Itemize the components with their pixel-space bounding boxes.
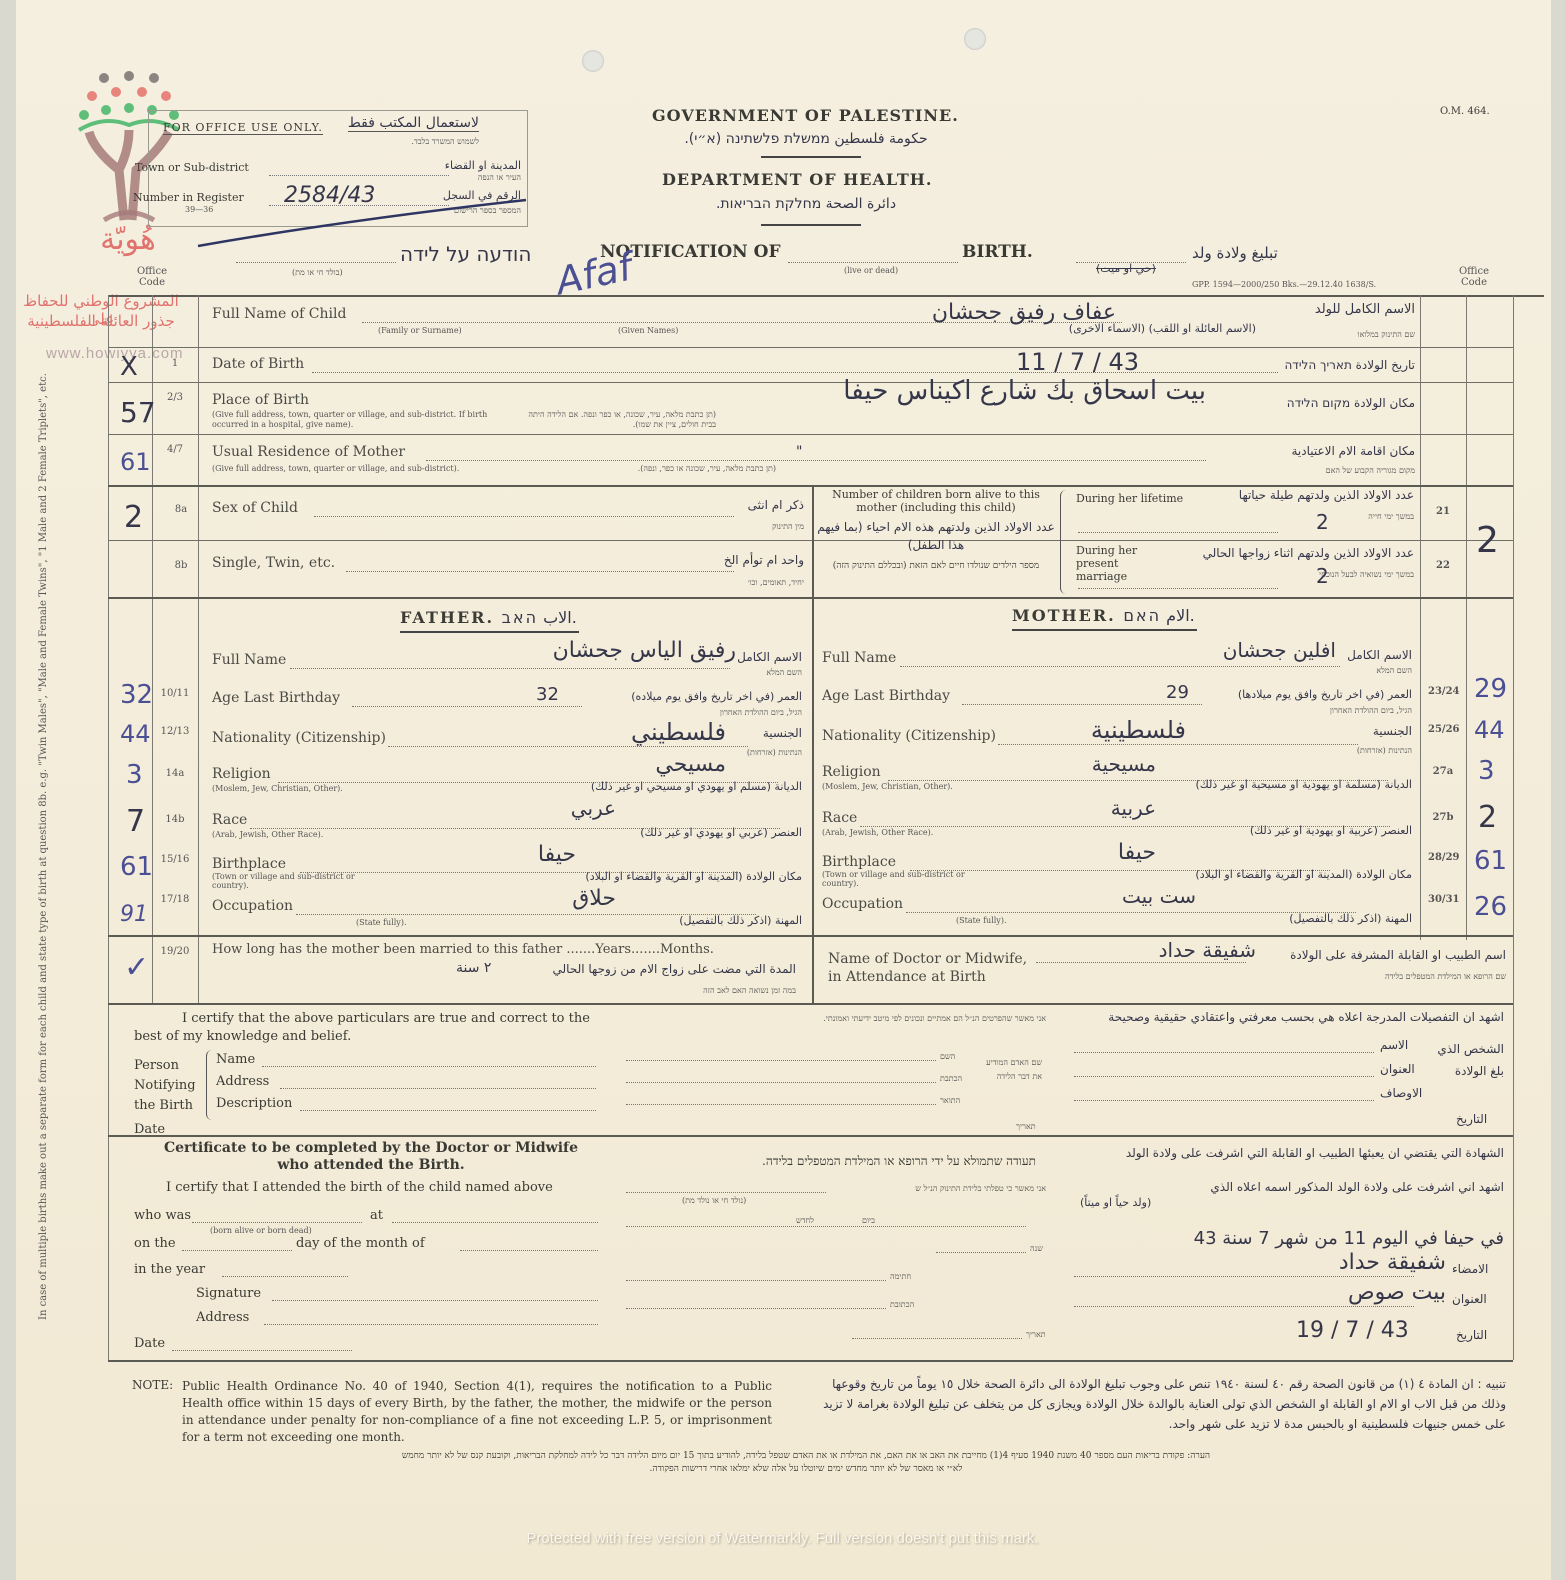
question-number: 8b xyxy=(166,560,196,571)
doctor-name-he: שם הרופא או המילדת המטפלים בלידה xyxy=(1296,972,1506,981)
residence-ar-label: مكان اقامة الام الاعتيادية xyxy=(1291,444,1415,458)
certificate-signature-value[interactable]: شفيقة حداد xyxy=(1196,1250,1446,1275)
mother-religion-help: (Moslem, Jew, Christian, Other). xyxy=(822,782,953,791)
born-status-hint-he: (נולד חי או נולד מת) xyxy=(682,1196,746,1205)
code-value: ✓ xyxy=(124,950,149,985)
notifier-name-he: השם xyxy=(940,1052,955,1061)
notifier-certification-he: אני מאשר שהפרטים הנ״ל הם אמתיים ונכונים … xyxy=(656,1014,1046,1023)
residence-label: Usual Residence of Mother xyxy=(212,444,405,460)
father-occupation-value[interactable]: حلاق xyxy=(476,886,616,911)
date-ar-label: التاريخ xyxy=(1456,1328,1487,1342)
place-of-birth-ar-label: مكان الولادة מקום הלידה xyxy=(1287,396,1415,410)
mother-name-ar: الاسم الكامل xyxy=(1336,648,1412,662)
code-value: 7 xyxy=(126,804,145,839)
cert-address-label: Address xyxy=(196,1310,249,1325)
code-value: 29 xyxy=(1474,674,1507,704)
punch-hole xyxy=(582,50,604,72)
office-code-left: Office Code xyxy=(132,266,172,288)
date-of-birth-ar-label: تاريخ الولادة תאריך הלידה xyxy=(1284,358,1415,372)
marriage-children-he: במשך ימי נשואיה לבעל הנוכחי xyxy=(1266,570,1414,579)
notifier-description-field[interactable] xyxy=(300,1110,596,1111)
cert-address-field[interactable] xyxy=(264,1324,598,1325)
date-of-birth-label: Date of Birth xyxy=(212,356,304,372)
residence-value[interactable]: " xyxy=(796,444,802,460)
mother-birthplace-label: Birthplace xyxy=(822,854,896,870)
children-count-label-ar: عدد الاولاد الذين ولدتهم هذه الام احياء … xyxy=(816,518,1056,554)
lifetime-label: During her lifetime xyxy=(1076,492,1183,505)
day-field[interactable] xyxy=(182,1250,292,1251)
title-hebrew: הודעה על לידה xyxy=(400,242,531,266)
mother-nationality-he: הנתינות (אזרחות) xyxy=(1316,746,1412,755)
lifetime-he: במשך ימי חייה xyxy=(1266,512,1414,521)
notifier-address-field[interactable] xyxy=(280,1088,596,1089)
cert-date-label: Date xyxy=(134,1336,165,1351)
address-ar-label: العنوان xyxy=(1452,1292,1487,1306)
government-title-ar-he: حكومة فلسطين ממשלת פלשתינה (א״י). xyxy=(656,131,956,147)
code-value: X xyxy=(120,352,138,382)
father-title-ar-he: الاب האב. xyxy=(502,608,579,627)
punch-hole xyxy=(964,28,986,50)
family-name-label: (Family or Surname) xyxy=(378,326,462,335)
certificate-place-date-value[interactable]: في حيفا في اليوم 11 من شهر 7 سنة 43 xyxy=(1076,1228,1504,1249)
divider xyxy=(761,156,861,158)
father-occupation-help: (State fully). xyxy=(356,918,407,927)
signature-field[interactable] xyxy=(272,1300,598,1301)
father-religion-ar: الديانة (مسلم او يهودي او مسيحي او غير ذ… xyxy=(496,780,802,793)
father-name-ar: الاسم الكامل xyxy=(736,650,802,664)
who-was-label: who was xyxy=(134,1208,191,1223)
divider xyxy=(761,224,861,226)
mother-name-label: Full Name xyxy=(822,650,896,666)
date-of-birth-value[interactable]: 11 / 7 / 43 xyxy=(1016,348,1139,376)
office-use-title: FOR OFFICE USE ONLY. xyxy=(163,121,323,135)
doctor-name-label: Name of Doctor or Midwife, in Attendance… xyxy=(828,950,1038,986)
father-age-ar: العمر (في اخر تاريخ وافق يوم ميلاده) xyxy=(576,690,802,703)
marriage-children-label: During her present marriage xyxy=(1076,544,1156,583)
sex-of-child-label: Sex of Child xyxy=(212,500,298,516)
marriage-children-ar: عدد الاولاد الذين ولدتهم اثناء زواجها ال… xyxy=(1166,546,1414,560)
mother-race-ar: العنصر (عربية او يهودية او غير ذلك) xyxy=(1096,824,1412,837)
note-hebrew: הערה: פקודת בריאות העם מספר 40 משנת 1940… xyxy=(396,1450,1216,1476)
code-value: 44 xyxy=(1474,716,1505,744)
notifier-description-he: התואר xyxy=(940,1096,960,1105)
office-use-title-ar: لاستعمال المكتب فقط xyxy=(348,115,479,132)
notifier-address-label: Address xyxy=(216,1074,269,1089)
certificate-title-he: תעודה שתמולא על ידי הרופא או המילדת המטפ… xyxy=(636,1154,1036,1169)
father-name-value[interactable]: رفيق الياس جحشان xyxy=(436,638,736,663)
in-the-year-label: in the year xyxy=(134,1262,205,1277)
certificate-statement-ar: اشهد اني اشرفت على ولادة الولد المذكور ا… xyxy=(1076,1180,1504,1194)
marriage-duration-label: How long has the mother been married to … xyxy=(212,942,714,957)
notifier-group-ar: الشخص الذي بلغ الولادة xyxy=(1436,1038,1504,1082)
father-occupation-label: Occupation xyxy=(212,898,293,914)
code-value: 2 xyxy=(1476,520,1499,561)
mother-age-value[interactable]: 29 xyxy=(1166,682,1189,703)
question-number: 30/31 xyxy=(1428,894,1458,905)
question-number: 8a xyxy=(166,504,196,515)
month-he: לחדש xyxy=(796,1216,814,1225)
code-value: 57 xyxy=(120,396,156,429)
notifier-description-label: Description xyxy=(216,1096,292,1111)
place-of-birth-help: (Give full address, town, quarter or vil… xyxy=(212,410,512,430)
notifier-address-ar: العنوان xyxy=(1380,1062,1415,1076)
certificate-address-value[interactable]: بيت صوص xyxy=(1236,1280,1446,1305)
question-number: 1 xyxy=(160,358,190,369)
form-code: O.M. 464. xyxy=(1440,106,1490,117)
certificate-date-value[interactable]: 19 / 7 / 43 xyxy=(1296,1318,1409,1343)
town-label: Town or Sub-district xyxy=(135,161,249,174)
certificate-title: Certificate to be completed by the Docto… xyxy=(146,1140,596,1174)
child-name-value[interactable]: عفاف رفيق جحشان xyxy=(896,300,1116,325)
code-value: 61 xyxy=(120,448,151,476)
margin-instructions: In case of multiple births make out a se… xyxy=(38,373,49,1320)
question-number: 27b xyxy=(1428,812,1458,823)
signature-ar-label: الامضاء xyxy=(1452,1262,1488,1276)
marriage-duration-value[interactable]: ٢ سنة xyxy=(456,960,491,976)
code-value: 61 xyxy=(1474,846,1507,876)
mother-birthplace-ar: مكان الولادة (المدينة او القرية والقضاء … xyxy=(1096,868,1412,881)
children-count-label-he: מספר הילדים שנולדו חיים לאם הזאת (ובכללם… xyxy=(816,560,1056,572)
father-nationality-value[interactable]: فلسطيني xyxy=(456,718,726,746)
department-title-ar-he: دائرة الصحة מחלקת הבריאות. xyxy=(656,196,956,212)
at-label: at xyxy=(370,1208,383,1223)
father-age-label: Age Last Birthday xyxy=(212,690,340,706)
question-number: 17/18 xyxy=(160,894,190,905)
mother-title: MOTHER. xyxy=(1012,606,1116,625)
code-value: 2 xyxy=(124,500,143,535)
lifetime-value[interactable]: 2 xyxy=(1316,510,1329,534)
title-live-or-dead: (live or dead) xyxy=(844,266,898,275)
note-arabic: تنبيه : ان المادة ٤ (١) من قانون الصحة ر… xyxy=(806,1374,1506,1434)
father-nationality-ar: الجنسية xyxy=(736,726,802,740)
father-race-help: (Arab, Jewish, Other Race). xyxy=(212,830,323,839)
title-hebrew-sub: (בולד חי או מת) xyxy=(292,268,343,277)
mother-age-he: הגיל, ביום ההולדת האחרון xyxy=(1216,706,1412,715)
father-name-label: Full Name xyxy=(212,652,286,668)
father-birthplace-label: Birthplace xyxy=(212,856,286,872)
notifier-name-label: Name xyxy=(216,1052,255,1067)
logo-name: هُويّة xyxy=(88,222,168,257)
doctor-name-value[interactable]: شفيقة حداد xyxy=(1056,938,1256,962)
code-value: 26 xyxy=(1474,892,1507,922)
code-value: 3 xyxy=(1478,756,1495,786)
signature-he: חתימה xyxy=(890,1272,911,1281)
office-code-right: Office Code xyxy=(1454,266,1494,288)
notifier-name-field[interactable] xyxy=(262,1066,596,1067)
single-twin-value[interactable]: واحد ام توأم الخ xyxy=(706,553,804,567)
signature-label: Signature xyxy=(196,1286,261,1301)
child-name-label: Full Name of Child xyxy=(212,306,346,322)
lifetime-ar: عدد الاولاد الذين ولدتهم طيلة حياتها xyxy=(1186,488,1414,502)
birth-notification-form: In case of multiple births make out a se… xyxy=(16,0,1551,1580)
on-the-label: on the xyxy=(134,1236,176,1251)
certificate-title-ar: الشهادة التي يقتضي ان يعبئها الطبيب او ا… xyxy=(1076,1146,1504,1160)
given-names-label: (Given Names) xyxy=(618,326,678,335)
address-he: הכתובת xyxy=(890,1300,914,1309)
children-count-label: Number of children born alive to this mo… xyxy=(816,488,1056,514)
year-he: שנה xyxy=(1030,1244,1043,1253)
mother-race-value[interactable]: عربية xyxy=(1016,796,1156,820)
cert-date-field[interactable] xyxy=(172,1350,352,1351)
mother-race-label: Race xyxy=(822,810,857,826)
mother-age-ar: العمر (في اخر تاريخ وافق يوم ميلادها) xyxy=(1196,688,1412,701)
father-section-title: FATHER. الاب האב. xyxy=(400,608,579,633)
notifier-address-he: הכתבת xyxy=(940,1074,962,1083)
question-number: 14b xyxy=(160,814,190,825)
logo-tagline-2: جذور العائلة الفلسطينية xyxy=(16,312,186,330)
notifier-certification-ar: اشهد ان التفصيلات المدرجة اعلاه هي بحسب … xyxy=(1076,1010,1504,1024)
question-number: 12/13 xyxy=(160,726,190,737)
father-race-ar: العنصر (عربي او يهودي او غير ذلك) xyxy=(496,826,802,839)
notifier-name-ar: الاسم xyxy=(1380,1038,1408,1052)
mother-nationality-label: Nationality (Citizenship) xyxy=(822,728,996,744)
question-number: 27a xyxy=(1428,766,1458,777)
title-birth: BIRTH. xyxy=(962,242,1033,262)
title-arabic: تبليغ ولادة ولد xyxy=(1192,244,1278,262)
notifier-date-ar: التاريخ xyxy=(1456,1112,1487,1126)
father-nationality-he: הנתינות (אזרחות) xyxy=(716,748,802,757)
father-title: FATHER. xyxy=(400,608,494,627)
marriage-children-value[interactable]: 2 xyxy=(1316,564,1329,588)
question-number: 15/16 xyxy=(160,854,190,865)
question-number: 21 xyxy=(1428,506,1458,517)
sex-of-child-value[interactable]: ذكر ام انثى xyxy=(732,498,804,512)
place-of-birth-label: Place of Birth xyxy=(212,392,309,408)
single-twin-label: Single, Twin, etc. xyxy=(212,555,335,571)
question-number: 28/29 xyxy=(1428,852,1458,863)
notifier-group-he: שם האדם המודיע את דבר הלידה xyxy=(982,1056,1042,1084)
year-field[interactable] xyxy=(222,1276,348,1277)
pen-stroke xyxy=(196,180,546,250)
notifier-date-he: תאריך xyxy=(1016,1122,1036,1131)
born-status-hint: (born alive or born dead) xyxy=(210,1226,312,1235)
father-birthplace-ar: مكان الولادة (المدينة او القرية والقضاء … xyxy=(496,870,802,883)
date-he: תאריך xyxy=(1026,1330,1046,1339)
printer-code: GPP. 1594—2000/250 Bks.—29.12.40 1638/S. xyxy=(1192,280,1376,289)
mother-birthplace-value[interactable]: حيفا xyxy=(1056,840,1156,865)
question-number: 25/26 xyxy=(1428,724,1458,735)
child-name-ar-label: الاسم الكامل للولد xyxy=(1315,302,1415,317)
father-religion-value[interactable]: مسيحي xyxy=(456,752,726,777)
born-status-field[interactable] xyxy=(192,1222,362,1223)
person-notifying-label: Person Notifying the Birth xyxy=(134,1056,204,1116)
mother-nationality-value[interactable]: فلسطينية xyxy=(1016,716,1186,744)
question-number: 22 xyxy=(1428,560,1458,571)
mother-religion-value[interactable]: مسيحية xyxy=(1016,752,1156,776)
residence-help: (Give full address, town, quarter or vil… xyxy=(212,464,459,473)
father-race-label: Race xyxy=(212,812,247,828)
residence-he-label: מקום מגוריה הקבוע של האם xyxy=(1326,466,1415,475)
question-number: 2/3 xyxy=(160,392,190,403)
mother-occupation-help: (State fully). xyxy=(956,916,1007,925)
father-race-value[interactable]: عربي xyxy=(456,796,616,820)
code-value: 3 xyxy=(126,760,143,790)
mother-occupation-label: Occupation xyxy=(822,896,903,912)
place-of-birth-value[interactable]: بيت اسحاق بك شارع اكيناس حيفا xyxy=(736,376,1206,406)
question-number: 19/20 xyxy=(160,946,190,957)
father-religion-help: (Moslem, Jew, Christian, Other). xyxy=(212,784,343,793)
father-religion-label: Religion xyxy=(212,766,271,782)
code-value: 91 xyxy=(120,902,148,927)
marriage-duration-he: במה זמן נשואה האם לאב הזה xyxy=(576,986,796,995)
government-title: GOVERNMENT OF PALESTINE. xyxy=(652,106,959,125)
father-age-he: הגיל, ביום ההולדת האחרון xyxy=(616,708,802,717)
code-value: 2 xyxy=(1478,800,1497,835)
note-english: Public Health Ordinance No. 40 of 1940, … xyxy=(182,1378,772,1446)
mother-occupation-ar: المهنة (اذكر ذلك بالتفصيل) xyxy=(1186,912,1412,925)
office-use-title-he: לשמוש המשרד בלבד. xyxy=(411,137,479,146)
mother-religion-ar: الديانة (مسلمة او يهودية او مسيحية او غي… xyxy=(1096,778,1412,791)
brace xyxy=(1060,490,1071,594)
day-of-month-label: day of the month of xyxy=(296,1236,425,1251)
code-value: 44 xyxy=(120,720,151,748)
doctor-name-ar: اسم الطبيب او القابلة المشرفة على الولاد… xyxy=(1246,948,1506,962)
place-of-birth-help-he: (תן כתבת מלאה, עיר, שכונה, או כפר ונפה. … xyxy=(516,410,716,430)
mother-title-ar-he: الام האם. xyxy=(1123,606,1196,625)
father-birthplace-value[interactable]: حيفا xyxy=(436,842,576,867)
notifier-date-label: Date xyxy=(134,1122,165,1137)
code-value: 61 xyxy=(120,852,153,882)
mother-age-label: Age Last Birthday xyxy=(822,688,950,704)
father-occupation-ar: المهنة (اذكر ذلك بالتفصيل) xyxy=(576,914,802,927)
question-number: 10/11 xyxy=(160,688,190,699)
mother-occupation-value[interactable]: ست بيت xyxy=(1056,884,1196,908)
single-twin-he: יחיד, תאומים, וכו׳ xyxy=(706,578,804,587)
town-label-ar: المدينة او القضاء xyxy=(445,159,521,172)
father-nationality-label: Nationality (Citizenship) xyxy=(212,730,386,746)
father-age-value[interactable]: 32 xyxy=(536,684,559,705)
mother-section-title: MOTHER. الام האם. xyxy=(1012,606,1197,631)
watermarkly-watermark: Protected with free version of Watermark… xyxy=(0,1530,1565,1547)
title-arabic-sub: (حي او ميت) xyxy=(1096,262,1156,275)
question-number: 4/7 xyxy=(160,444,190,455)
mother-religion-label: Religion xyxy=(822,764,881,780)
birth-location-field[interactable] xyxy=(392,1222,598,1223)
sex-of-child-he: מין התינוק xyxy=(732,522,804,531)
mother-nationality-ar: الجنسية xyxy=(1346,724,1412,738)
mother-race-help: (Arab, Jewish, Other Race). xyxy=(822,828,933,837)
code-value: 32 xyxy=(120,680,153,710)
father-birthplace-help: (Town or village and sub-district or cou… xyxy=(212,872,372,890)
mother-name-value[interactable]: افلين جحشان xyxy=(1096,638,1336,662)
note-label: NOTE: xyxy=(132,1378,173,1392)
month-field[interactable] xyxy=(460,1250,598,1251)
child-name-he-label: שם התינוק במלואו xyxy=(1358,330,1415,339)
day-he: ביום xyxy=(862,1216,875,1225)
department-title: DEPARTMENT OF HEALTH. xyxy=(662,170,932,189)
certificate-statement-he: אני מאשר כי טפלתי בלידת התינוק הנ״ל ש xyxy=(828,1184,1046,1193)
question-number: 23/24 xyxy=(1428,686,1458,697)
certificate-statement: I certify that I attended the birth of t… xyxy=(166,1180,553,1195)
notifier-description-ar: الاوصاف xyxy=(1380,1086,1422,1100)
residence-help-he: (תן כתבת מלאה, עיר, שכונה או כפר, ונפה). xyxy=(556,464,776,473)
notifier-certification: I certify that the above particulars are… xyxy=(134,1010,604,1046)
question-number: 14a xyxy=(160,768,190,779)
mother-name-he: השם המלא xyxy=(1336,666,1412,675)
father-name-he: השם המלא xyxy=(736,668,802,677)
mother-birthplace-help: (Town or village and sub-district or cou… xyxy=(822,870,982,888)
born-status-hint-ar: (ولد حياً او ميتاً) xyxy=(1080,1196,1151,1209)
